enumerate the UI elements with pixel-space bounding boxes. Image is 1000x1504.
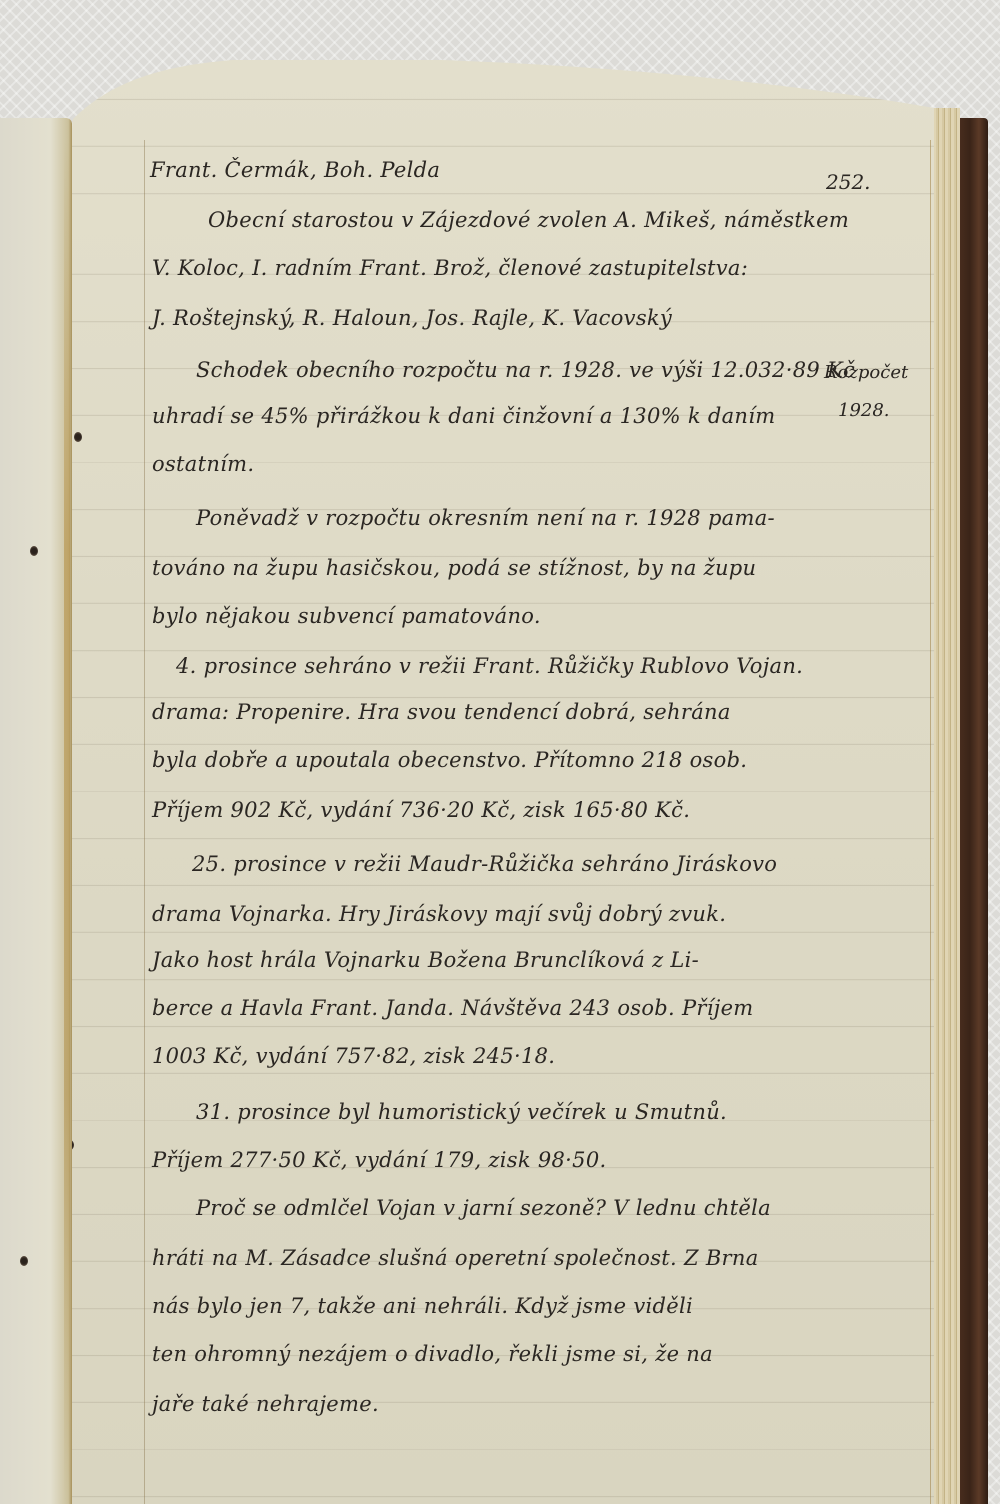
- text-line: V. Koloc, I. radním Frant. Brož, členové…: [152, 256, 748, 280]
- text-line: nás bylo jen 7, takže ani nehráli. Když …: [152, 1294, 693, 1318]
- text-line: Proč se odmlčel Vojan v jarní sezoně? V …: [196, 1196, 771, 1220]
- left-page-sliver: [0, 118, 72, 1504]
- text-line: jaře také nehrajeme.: [152, 1392, 379, 1416]
- right-margin-line: [930, 140, 931, 1504]
- text-line: Schodek obecního rozpočtu na r. 1928. ve…: [196, 358, 855, 382]
- book-cover-edge: [958, 118, 988, 1504]
- text-line: továno na župu hasičskou, podá se stížno…: [152, 556, 756, 580]
- text-line: J. Roštejnský, R. Haloun, Jos. Rajle, K.…: [152, 306, 672, 330]
- text-line: Příjem 277·50 Kč, vydání 179, zisk 98·50…: [152, 1148, 606, 1172]
- text-line: drama Vojnarka. Hry Jiráskovy mají svůj …: [152, 902, 726, 926]
- text-line: Jako host hrála Vojnarku Božena Brunclík…: [152, 948, 699, 972]
- punch-hole: [20, 1256, 28, 1266]
- text-line: Frant. Čermák, Boh. Pelda: [150, 158, 440, 182]
- text-line: bylo nějakou subvencí pamatováno.: [152, 604, 541, 628]
- text-line: berce a Havla Frant. Janda. Návštěva 243…: [152, 996, 754, 1020]
- text-line: 25. prosince v režii Maudr-Růžička sehrá…: [192, 852, 777, 876]
- text-line: ostatním.: [152, 452, 254, 476]
- spine-stain: [64, 140, 70, 1504]
- punch-hole: [74, 432, 82, 442]
- text-line: ten ohromný nezájem o divadlo, řekli jsm…: [152, 1342, 713, 1366]
- text-line: hráti na M. Zásadce slušná operetní spol…: [152, 1246, 759, 1270]
- text-line: Obecní starostou v Zájezdové zvolen A. M…: [208, 208, 849, 232]
- left-margin-line: [144, 140, 145, 1504]
- text-line: drama: Propenire. Hra svou tendencí dobr…: [152, 700, 731, 724]
- page-stack-edge: [930, 108, 960, 1504]
- text-line: 4. prosince sehráno v režii Frant. Růžič…: [176, 654, 803, 678]
- margin-note-year: 1928.: [838, 400, 890, 421]
- text-line: 1003 Kč, vydání 757·82, zisk 245·18.: [152, 1044, 555, 1068]
- punch-hole: [30, 546, 38, 556]
- page-number: 252.: [826, 170, 871, 194]
- text-line: byla dobře a upoutala obecenstvo. Přítom…: [152, 748, 747, 772]
- text-line: Poněvadž v rozpočtu okresním není na r. …: [196, 506, 775, 530]
- text-line: uhradí se 45% přirážkou k dani činžovní …: [152, 404, 775, 428]
- text-line: Příjem 902 Kč, vydání 736·20 Kč, zisk 16…: [152, 798, 690, 822]
- text-line: 31. prosince byl humoristický večírek u …: [196, 1100, 727, 1124]
